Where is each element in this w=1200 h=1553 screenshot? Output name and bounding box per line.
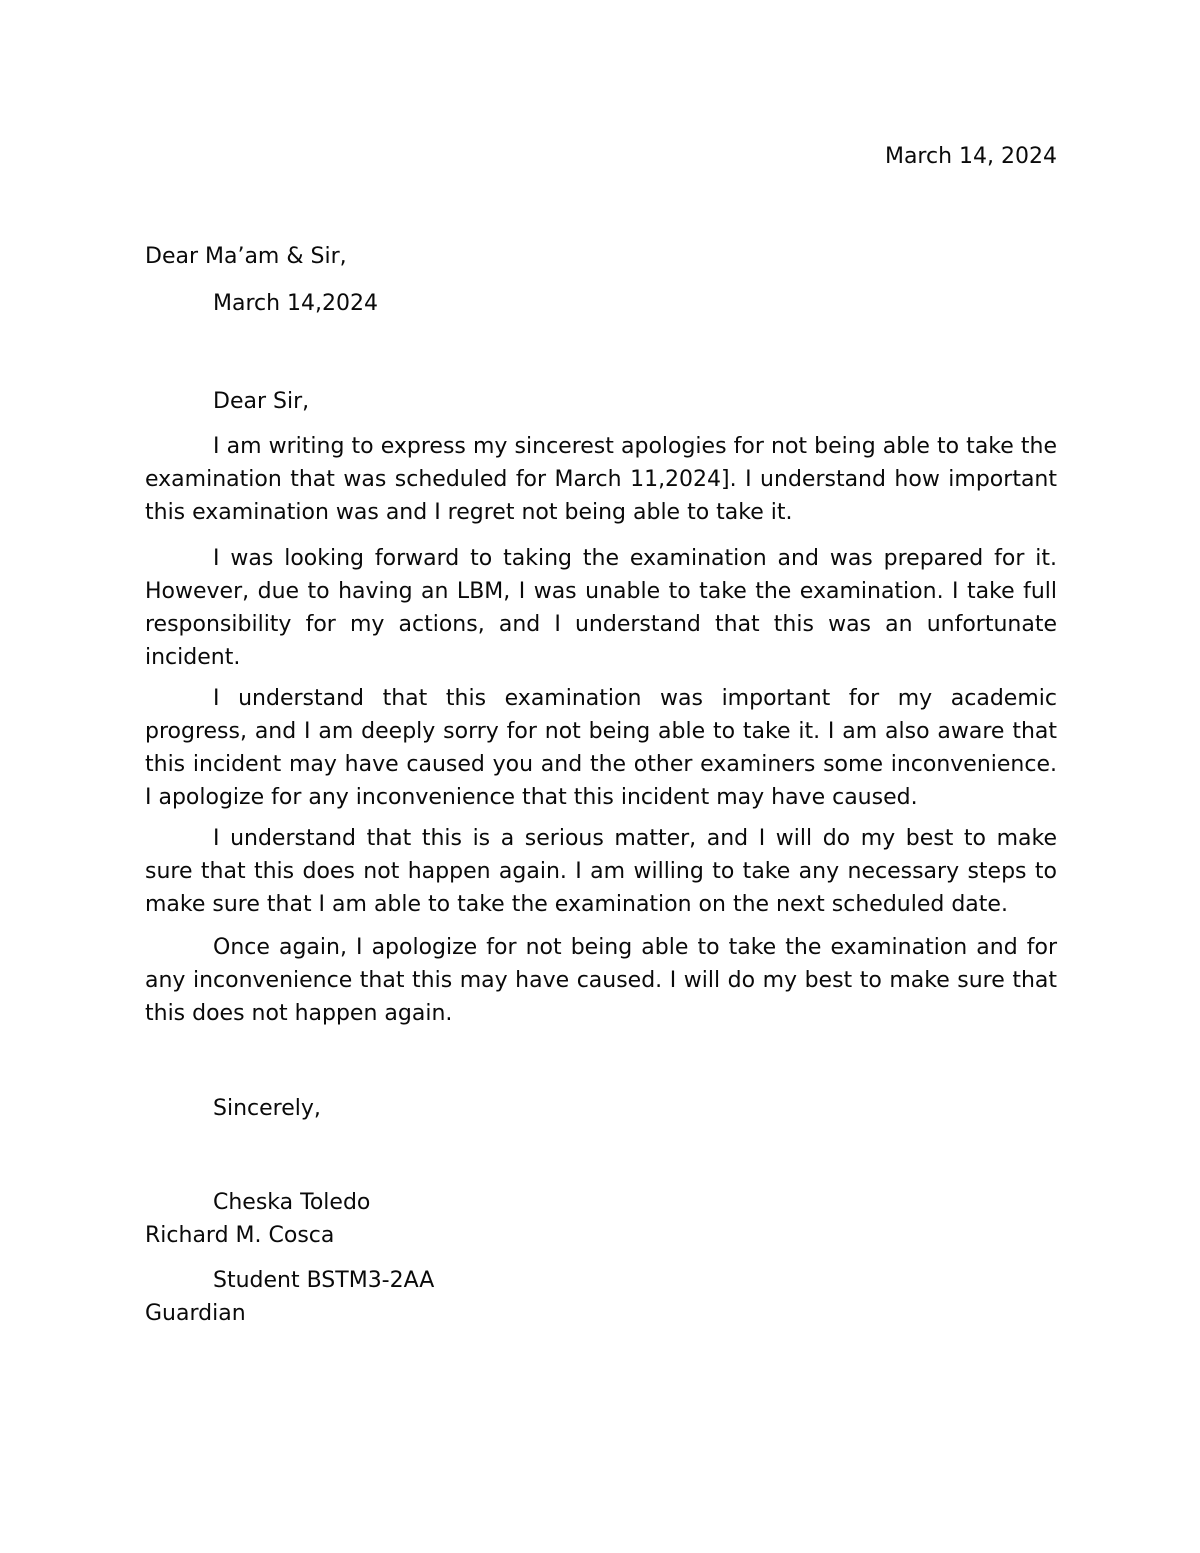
- body-paragraph-3: I understand that this examination was i…: [145, 682, 1057, 814]
- closing-sincerely: Sincerely,: [145, 1092, 1057, 1125]
- signature-block-names: Cheska Toledo Richard M. Cosca: [145, 1186, 1057, 1252]
- salutation-primary: Dear Ma’am & Sir,: [145, 240, 1057, 273]
- inline-date: March 14,2024: [145, 287, 1057, 320]
- body-paragraph-5: Once again, I apologize for not being ab…: [145, 931, 1057, 1030]
- signature-student-role: Student BSTM3-2AA: [145, 1264, 1057, 1297]
- salutation-secondary: Dear Sir,: [145, 385, 1057, 418]
- body-paragraph-2: I was looking forward to taking the exam…: [145, 542, 1057, 674]
- body-paragraph-1: I am writing to express my sincerest apo…: [145, 430, 1057, 529]
- signature-block-roles: Student BSTM3-2AA Guardian: [145, 1264, 1057, 1330]
- body-paragraph-4: I understand that this is a serious matt…: [145, 822, 1057, 921]
- letter-content: March 14, 2024 Dear Ma’am & Sir, March 1…: [145, 0, 1057, 1330]
- signature-guardian-name: Richard M. Cosca: [145, 1219, 1057, 1252]
- signature-student-name: Cheska Toledo: [145, 1186, 1057, 1219]
- signature-guardian-role: Guardian: [145, 1297, 1057, 1330]
- document-page: March 14, 2024 Dear Ma’am & Sir, March 1…: [0, 0, 1200, 1553]
- date-line: March 14, 2024: [145, 140, 1057, 173]
